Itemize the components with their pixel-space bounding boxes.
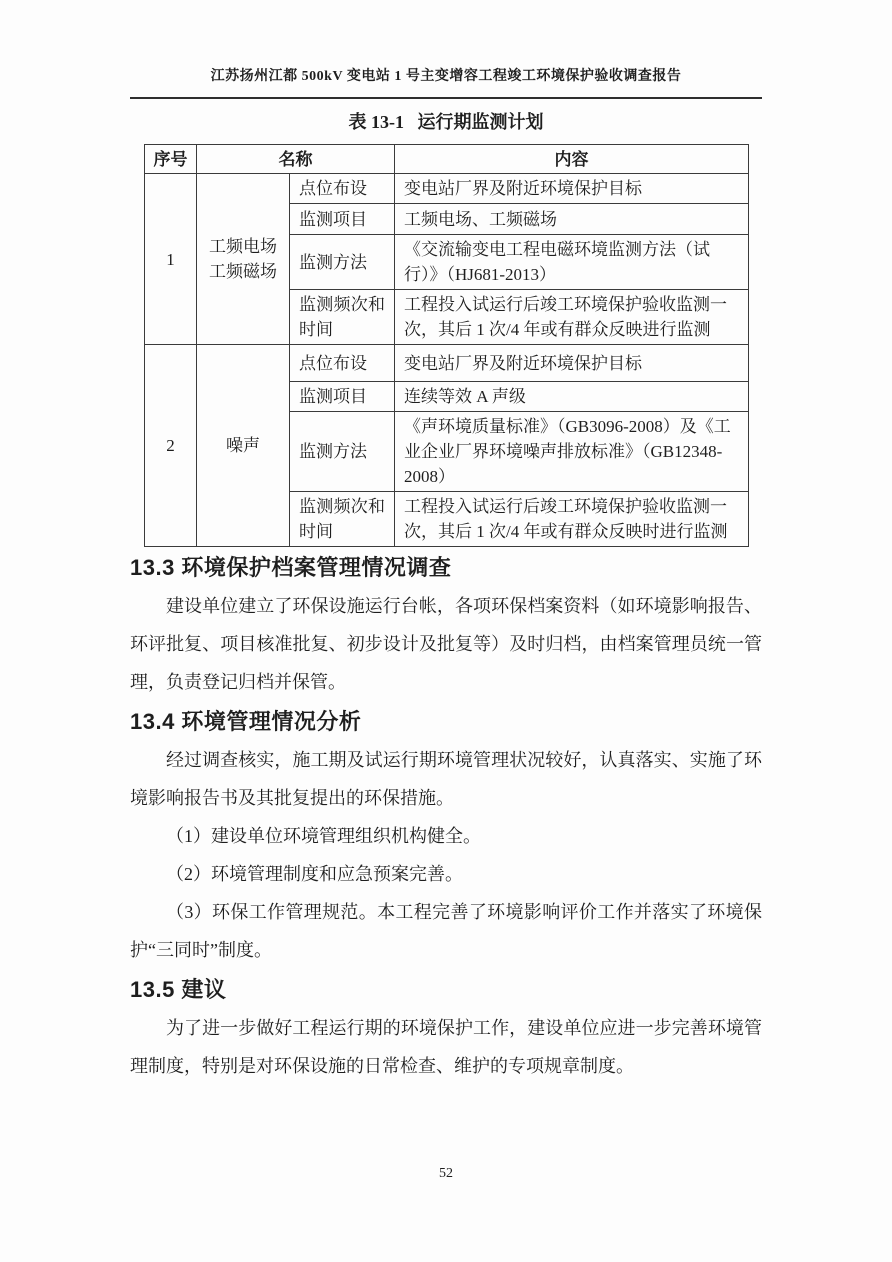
row-label: 监测频次和时间	[290, 290, 395, 345]
table-header-row: 序号 名称 内容	[145, 145, 749, 174]
section-13-4-item-2: （2）环境管理制度和应急预案完善。	[130, 855, 762, 893]
section-heading-13-3: 13.3 环境保护档案管理情况调查	[130, 551, 762, 585]
document-page: 江苏扬州江都 500kV 变电站 1 号主变增容工程竣工环境保护验收调查报告 表…	[0, 0, 892, 1262]
row-label: 监测项目	[290, 382, 395, 412]
row-content: 工程投入试运行后竣工环境保护验收监测一次，其后 1 次/4 年或有群众反映时进行…	[395, 492, 749, 547]
table-row: 1 工频电场 工频磁场 点位布设 变电站厂界及附近环境保护目标	[145, 174, 749, 204]
group2-index: 2	[145, 345, 197, 547]
row-label: 监测方法	[290, 412, 395, 492]
monitoring-plan-table: 序号 名称 内容 1 工频电场 工频磁场 点位布设 变电站厂界及附近环境保护目标…	[144, 144, 749, 547]
section-13-5-paragraph: 为了进一步做好工程运行期的环境保护工作，建设单位应进一步完善环境管理制度，特别是…	[130, 1009, 762, 1085]
row-content: 工频电场、工频磁场	[395, 204, 749, 235]
section-13-4-paragraph: 经过调查核实，施工期及试运行期环境管理状况较好，认真落实、实施了环境影响报告书及…	[130, 741, 762, 817]
col-header-name: 名称	[197, 145, 395, 174]
header-divider-line	[130, 97, 762, 99]
section-13-4-item-1: （1）建设单位环境管理组织机构健全。	[130, 817, 762, 855]
row-label: 点位布设	[290, 345, 395, 382]
row-content: 变电站厂界及附近环境保护目标	[395, 345, 749, 382]
section-heading-13-5: 13.5 建议	[130, 973, 762, 1007]
group2-name: 噪声	[197, 345, 290, 547]
section-13-3-paragraph: 建设单位建立了环保设施运行台帐，各项环保档案资料（如环境影响报告、环评批复、项目…	[130, 587, 762, 701]
row-label: 监测项目	[290, 204, 395, 235]
row-label: 监测频次和时间	[290, 492, 395, 547]
table-row: 2 噪声 点位布设 变电站厂界及附近环境保护目标	[145, 345, 749, 382]
row-content: 连续等效 A 声级	[395, 382, 749, 412]
group1-name: 工频电场 工频磁场	[197, 174, 290, 345]
row-label: 监测方法	[290, 235, 395, 290]
col-header-content: 内容	[395, 145, 749, 174]
section-heading-13-4: 13.4 环境管理情况分析	[130, 705, 762, 739]
page-content: 江苏扬州江都 500kV 变电站 1 号主变增容工程竣工环境保护验收调查报告 表…	[130, 0, 762, 1085]
col-header-index: 序号	[145, 145, 197, 174]
page-number: 52	[0, 1166, 892, 1182]
row-content: 《声环境质量标准》（GB3096-2008）及《工业企业厂界环境噪声排放标准》（…	[395, 412, 749, 492]
row-content: 《交流输变电工程电磁环境监测方法（试行）》（HJ681-2013）	[395, 235, 749, 290]
row-content: 变电站厂界及附近环境保护目标	[395, 174, 749, 204]
section-13-4-item-3: （3）环保工作管理规范。本工程完善了环境影响评价工作并落实了环境保护“三同时”制…	[130, 893, 762, 969]
table-caption: 表 13-1 运行期监测计划	[130, 109, 762, 135]
row-label: 点位布设	[290, 174, 395, 204]
group1-index: 1	[145, 174, 197, 345]
row-content: 工程投入试运行后竣工环境保护验收监测一次，其后 1 次/4 年或有群众反映进行监…	[395, 290, 749, 345]
running-header: 江苏扬州江都 500kV 变电站 1 号主变增容工程竣工环境保护验收调查报告	[130, 0, 762, 86]
